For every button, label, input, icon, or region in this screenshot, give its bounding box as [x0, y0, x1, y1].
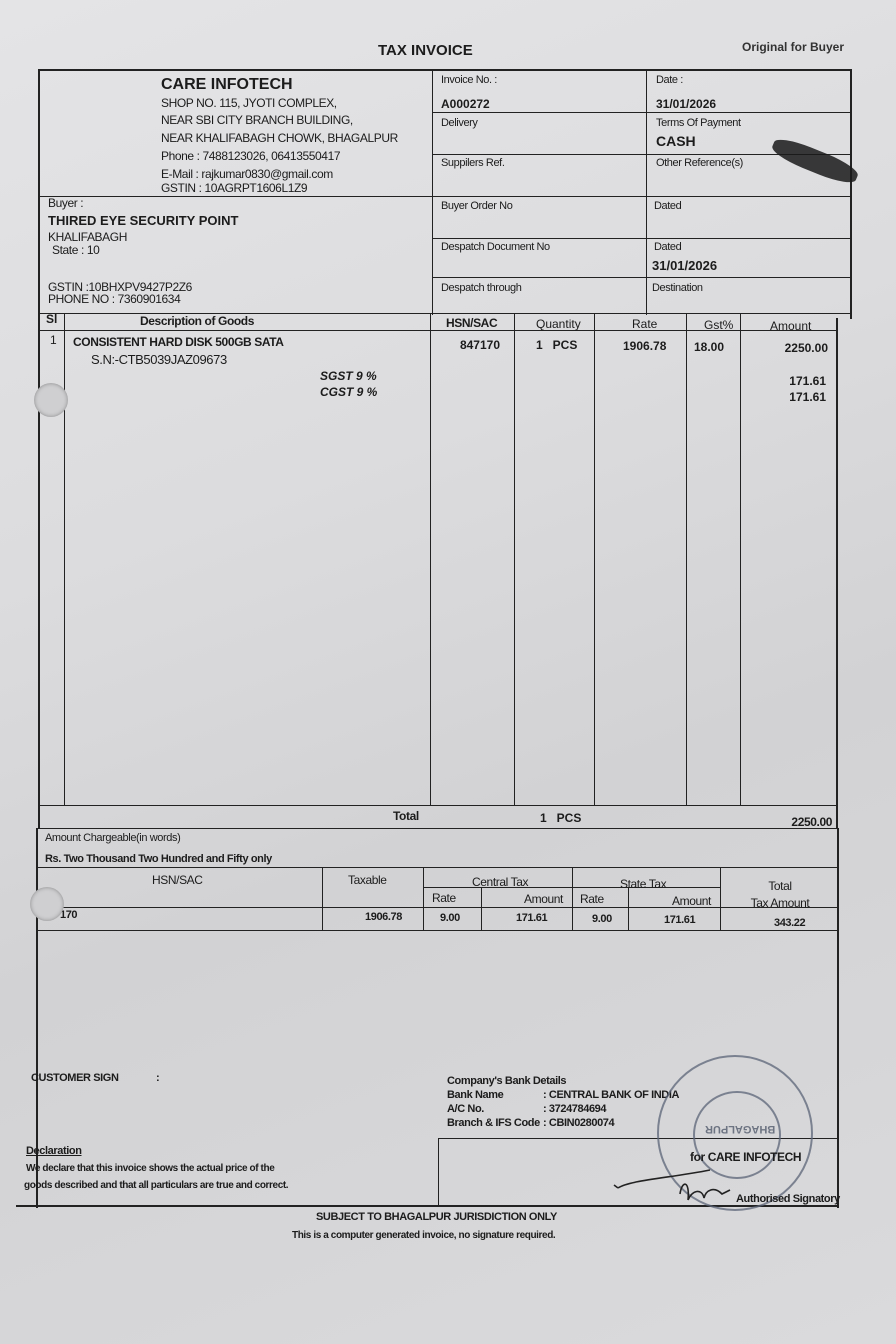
total-top — [38, 805, 838, 806]
total-label: Total — [393, 809, 419, 823]
col-gst — [740, 313, 741, 805]
summary-header-central-amount: Amount — [524, 892, 563, 906]
despatch-doc-dated: 31/01/2026 — [652, 258, 717, 273]
header-quantity: Quantity — [536, 317, 581, 331]
destination-label: Destination — [652, 282, 703, 294]
header-amount: Amount — [770, 319, 811, 333]
buyer-label: Buyer : — [48, 196, 83, 210]
cgst-amount: 171.61 — [770, 390, 826, 404]
buyer-name: THIRED EYE SECURITY POINT — [48, 213, 238, 228]
total-bottom — [38, 828, 838, 829]
header-divider — [432, 70, 433, 315]
row-serial: S.N:-CTB5039JAZ09673 — [91, 352, 227, 367]
row-sl: 1 — [50, 333, 57, 347]
seller-gstin: GSTIN : 10AGRPT1606L1Z9 — [161, 181, 307, 195]
declaration-heading: Declaration — [26, 1145, 82, 1157]
summary-central-rate: 9.00 — [440, 912, 460, 924]
suppliers-ref-label: Suppilers Ref. — [441, 157, 505, 169]
summary-header-state-rate: Rate — [580, 892, 604, 906]
amount-words-value: Rs. Two Thousand Two Hundred and Fifty o… — [45, 853, 272, 865]
summary-total-tax: 343.22 — [774, 917, 805, 929]
jurisdiction-note: SUBJECT TO BHAGALPUR JURISDICTION ONLY — [316, 1211, 557, 1223]
summary-header-hsn: HSN/SAC — [152, 873, 203, 887]
meta-divider — [646, 70, 647, 315]
row-amount: 2250.00 — [760, 341, 828, 355]
meta-row-5 — [433, 277, 851, 278]
total-amount: 2250.00 — [770, 815, 832, 829]
amount-words-label: Amount Chargeable(in words) — [45, 832, 180, 844]
invoice-date: 31/01/2026 — [656, 97, 716, 111]
meta-row-4 — [433, 238, 851, 239]
frame-right-top — [850, 69, 852, 319]
seller-address-3: NEAR KHALIFABAGH CHOWK, BHAGALPUR — [161, 131, 398, 145]
summary-taxable: 1906.78 — [330, 911, 402, 923]
computer-generated-note: This is a computer generated invoice, no… — [292, 1230, 555, 1241]
seller-bottom — [38, 196, 433, 197]
despatch-doc-label: Despatch Document No — [441, 241, 550, 253]
copy-label: Original for Buyer — [742, 40, 844, 54]
seller-address-2: NEAR SBI CITY BRANCH BUILDING, — [161, 113, 353, 127]
buyer-state: State : 10 — [52, 243, 99, 257]
frame-top — [38, 69, 852, 71]
invoice-no: A000272 — [441, 97, 490, 111]
despatch-doc-dated-label: Dated — [654, 241, 681, 253]
buyer-phone: PHONE NO : 7360901634 — [48, 292, 180, 306]
punch-hole — [34, 383, 68, 417]
other-ref-label: Other Reference(s) — [656, 157, 743, 169]
summary-col-state — [572, 867, 573, 930]
seller-email: E-Mail : rajkumar0830@gmail.com — [161, 167, 333, 181]
sgst-label: SGST 9 % — [320, 369, 377, 383]
summary-header-central: Central Tax — [472, 875, 528, 889]
frame-right-items — [836, 318, 838, 828]
col-sl — [64, 313, 65, 805]
meta-row-3 — [433, 196, 851, 197]
summary-header-central-rate: Rate — [432, 891, 456, 905]
summary-central-amount: 171.61 — [516, 912, 547, 924]
row-quantity: 1 PCS — [536, 338, 577, 352]
header-gst: Gst% — [704, 318, 733, 332]
cgst-label: CGST 9 % — [320, 385, 377, 399]
summary-header-bottom — [36, 907, 838, 908]
meta-row-1 — [433, 112, 851, 113]
bank-heading: Company's Bank Details — [447, 1075, 566, 1087]
summary-header-state-amount: Amount — [672, 894, 711, 908]
col-rate — [686, 313, 687, 805]
bank-name-value: : CENTRAL BANK OF INDIA — [543, 1089, 679, 1101]
declaration-line-2: goods described and that all particulars… — [24, 1180, 288, 1191]
delivery-label: Delivery — [441, 117, 478, 129]
summary-col-taxable — [322, 867, 323, 930]
invoice-no-label: Invoice No. : — [441, 74, 497, 86]
summary-state-rate: 9.00 — [592, 913, 612, 925]
punch-hole — [30, 887, 64, 921]
seller-phone: Phone : 7488123026, 06413550417 — [161, 149, 340, 163]
col-hsn — [514, 313, 515, 805]
buyer-address: KHALIFABAGH — [48, 230, 127, 244]
summary-col-central-amount — [481, 887, 482, 930]
row-description: CONSISTENT HARD DISK 500GB SATA — [73, 335, 284, 349]
authorised-signatory-label: Authorised Signatory — [736, 1193, 840, 1205]
row-rate: 1906.78 — [623, 339, 666, 353]
signatory-box-left — [438, 1138, 439, 1206]
stamp-center-text: BHAGALPUR — [705, 1123, 775, 1135]
summary-row-bottom — [36, 930, 838, 931]
terms-value: CASH — [656, 133, 696, 149]
header-hsn: HSN/SAC — [446, 316, 497, 330]
summary-header-state: State Tax — [620, 877, 666, 891]
row-gst: 18.00 — [694, 340, 724, 354]
sgst-amount: 171.61 — [770, 374, 826, 388]
col-qty — [594, 313, 595, 805]
ink-blot — [769, 134, 861, 188]
customer-sign-label: CUSTOMER SIGN — [31, 1072, 119, 1084]
summary-header-taxable: Taxable — [348, 873, 387, 887]
invoice-title: TAX INVOICE — [378, 42, 473, 59]
total-quantity: 1 PCS — [540, 811, 581, 825]
summary-col-central — [423, 867, 424, 930]
account-no-value: : 3724784694 — [543, 1103, 606, 1115]
date-label: Date : — [656, 74, 683, 86]
summary-header-total: Total Tax Amount — [722, 878, 838, 912]
header-sl: Sl — [46, 312, 57, 326]
terms-label: Terms Of Payment — [656, 117, 741, 129]
ifsc-value: : CBIN0280074 — [543, 1117, 614, 1129]
summary-state-amount: 171.61 — [664, 914, 695, 926]
summary-col-state-amount — [628, 887, 629, 930]
declaration-line-1: We declare that this invoice shows the a… — [26, 1163, 274, 1174]
header-description: Description of Goods — [140, 314, 254, 328]
bank-name-label: Bank Name — [447, 1089, 503, 1101]
seller-name: CARE INFOTECH — [161, 76, 293, 94]
buyer-order-dated-label: Dated — [654, 200, 681, 212]
account-no-label: A/C No. — [447, 1103, 484, 1115]
header-rate: Rate — [632, 317, 657, 331]
ifsc-label: Branch & IFS Code — [447, 1117, 540, 1129]
buyer-order-label: Buyer Order No — [441, 200, 512, 212]
seller-address-1: SHOP NO. 115, JYOTI COMPLEX, — [161, 96, 337, 110]
summary-top — [36, 867, 838, 868]
col-desc — [430, 313, 431, 805]
row-hsn: 847170 — [440, 338, 500, 352]
customer-sign-sep: : — [156, 1072, 160, 1084]
despatch-through-label: Despatch through — [441, 282, 521, 294]
summary-col-total — [720, 867, 721, 930]
frame-left — [38, 69, 40, 829]
